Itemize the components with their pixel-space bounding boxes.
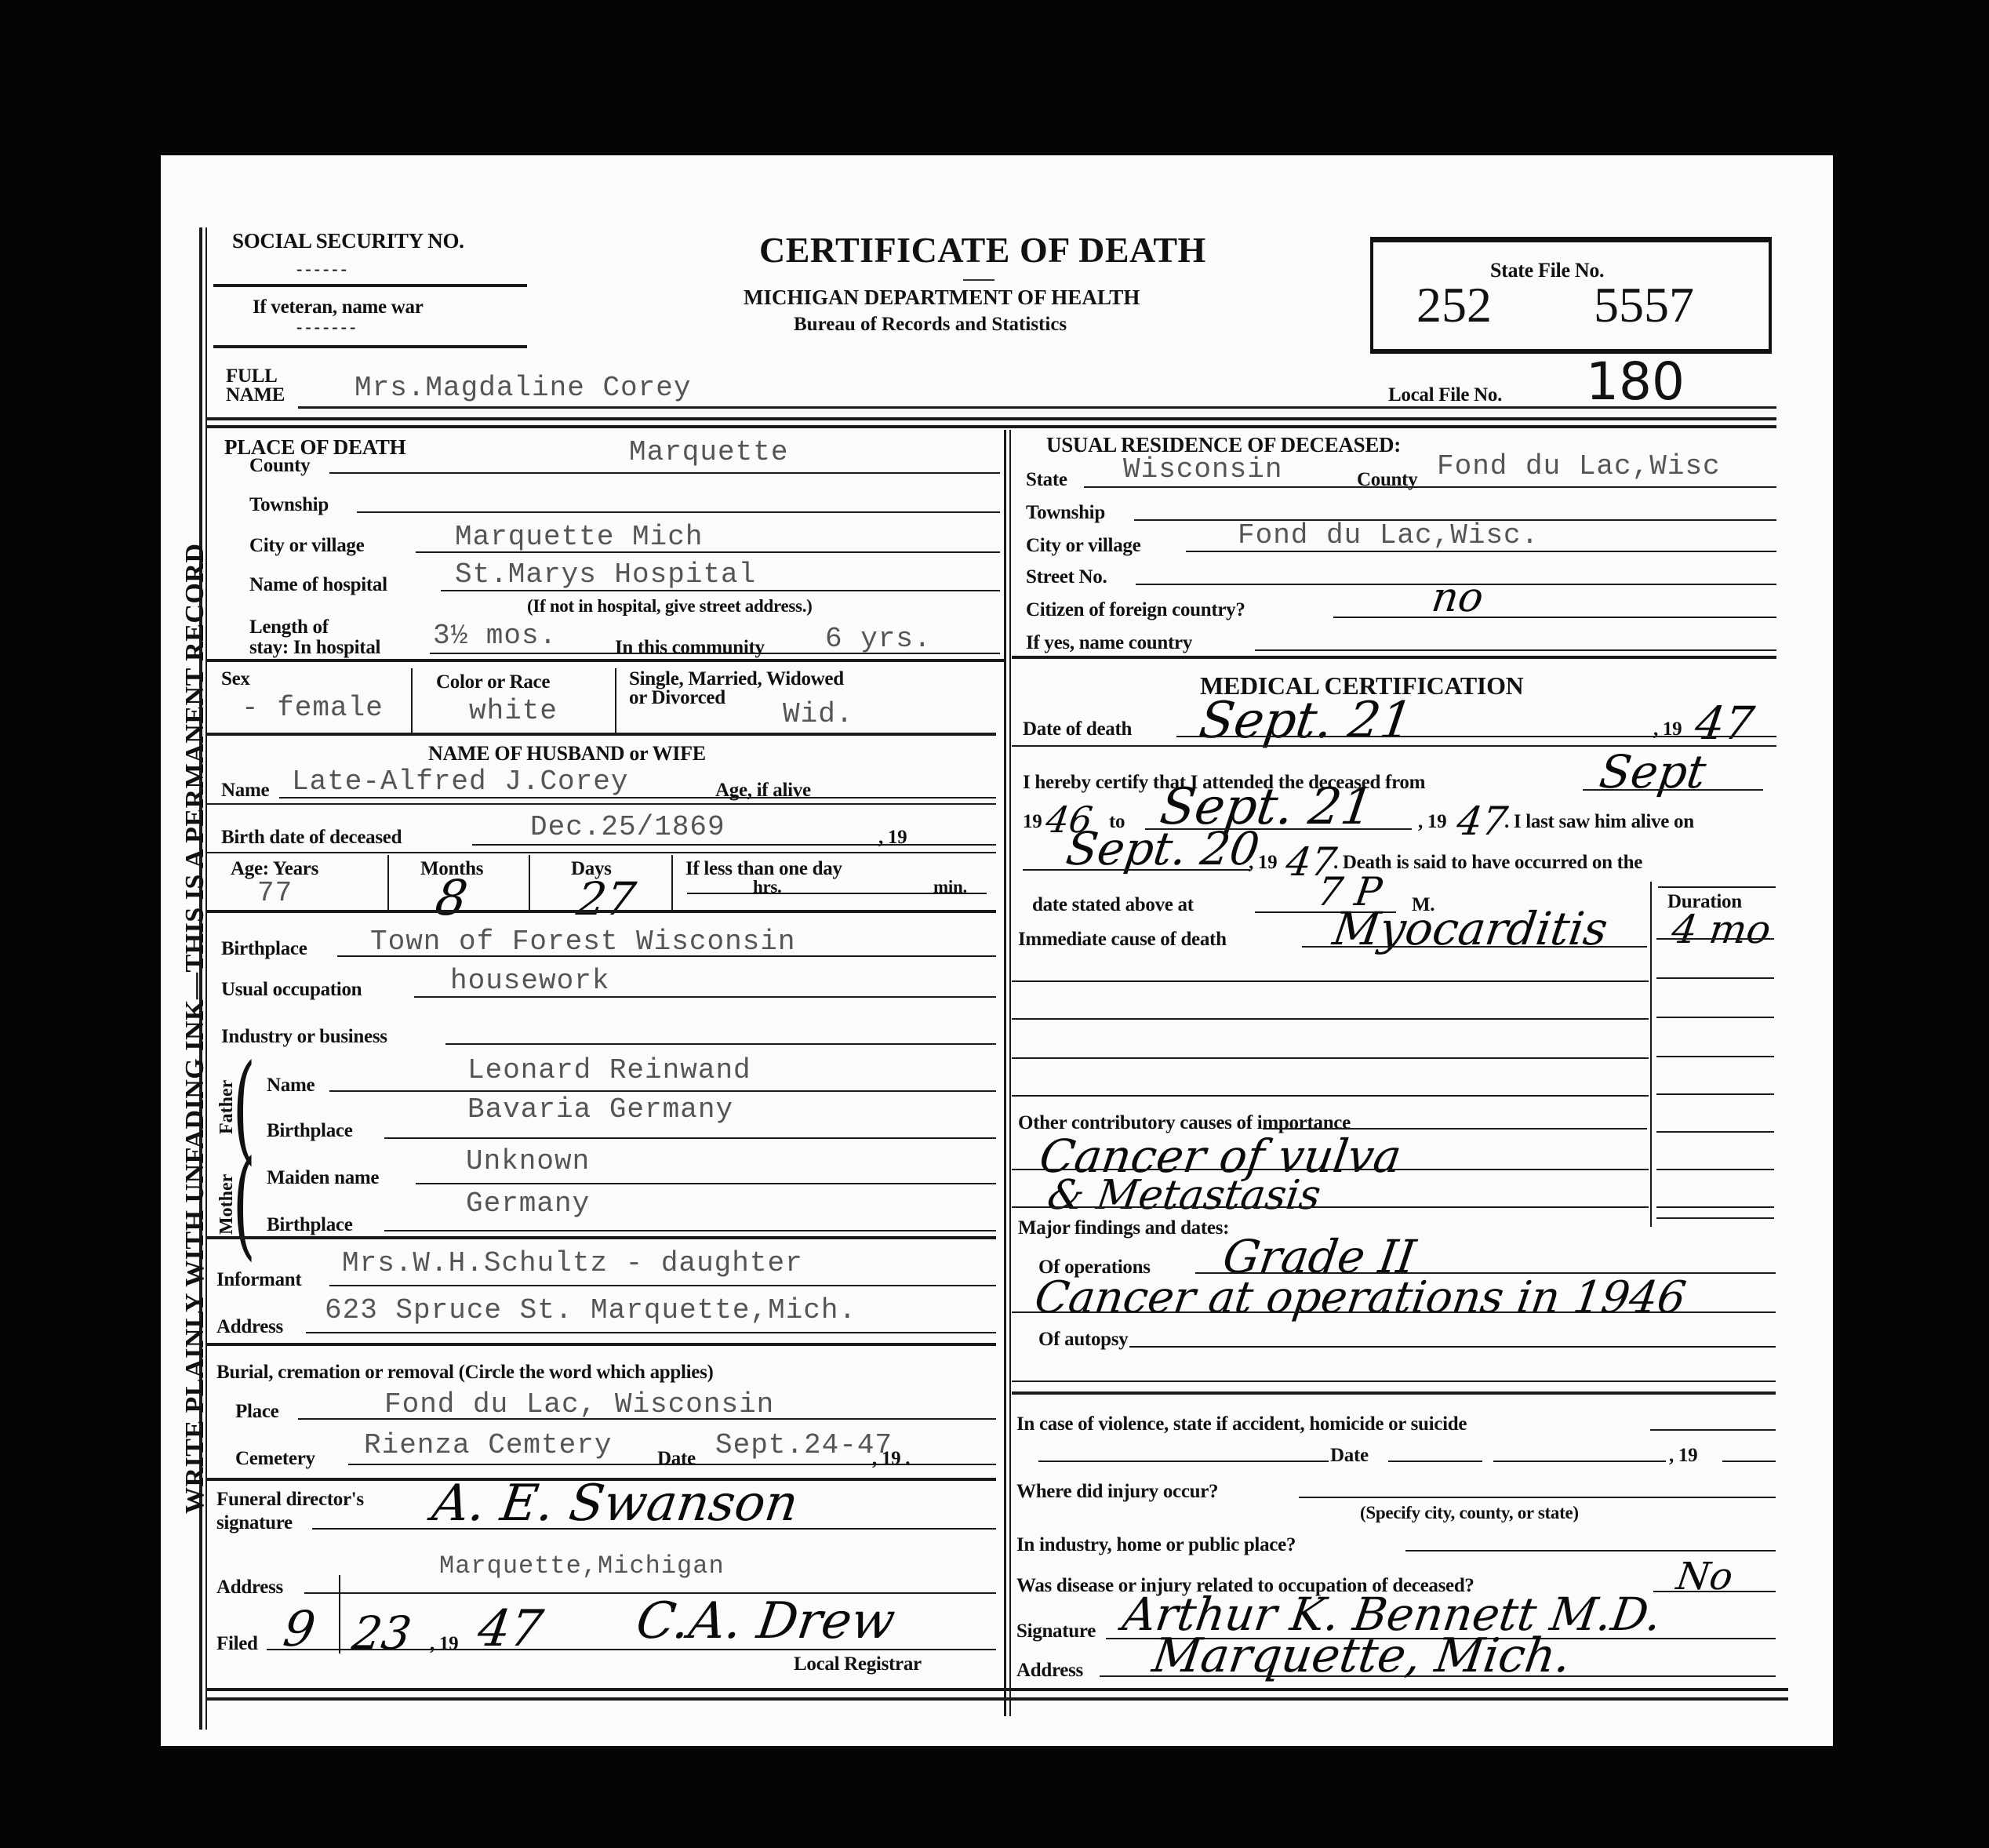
state-file-number: 5557 <box>1594 276 1694 334</box>
race-divider <box>615 668 616 733</box>
res-country-line <box>1255 649 1776 651</box>
res-city-line <box>1186 551 1776 552</box>
violence-date-line-1 <box>1038 1461 1329 1462</box>
cause-blank-line-3 <box>1012 1057 1649 1059</box>
occupation-value: housework <box>450 965 609 997</box>
violence-year-label: , 19 <box>1669 1445 1697 1467</box>
pod-township-label: Township <box>249 494 329 516</box>
pod-community-label: In this community <box>615 637 765 659</box>
filed-line <box>267 1649 996 1650</box>
cemetery-value: Rienza Cemtery <box>364 1429 612 1461</box>
autopsy-line-2 <box>1012 1381 1776 1382</box>
duration-line-1 <box>1656 938 1774 940</box>
spouse-name-label: Name <box>221 780 269 802</box>
side-instruction-text: WRITE PLAINLY WITH UNFADING INK—THIS IS … <box>180 544 210 1514</box>
death-date-year: 47 <box>1692 697 1757 750</box>
age-divider-2 <box>529 855 530 911</box>
res-citizen-value: no <box>1429 574 1486 621</box>
last-saw-line <box>1023 869 1250 871</box>
duration-line-7 <box>1656 1169 1774 1170</box>
title-rule <box>963 279 994 281</box>
burial-date-suffix: , 19 . <box>872 1448 910 1470</box>
res-city-label: City or village <box>1026 535 1140 557</box>
birthplace-line <box>337 955 996 957</box>
informant-value: Mrs.W.H.Schultz - daughter <box>342 1247 803 1279</box>
birth-date-value: Dec.25/1869 <box>530 811 725 843</box>
pod-hospital-label: Name of hospital <box>249 574 387 596</box>
spouse-name-line <box>279 797 996 798</box>
pod-city-line <box>416 551 1000 553</box>
director-address-value: Marquette,Michigan <box>439 1552 725 1581</box>
cemetery-label: Cemetery <box>235 1448 315 1470</box>
birth-date-label: Birth date of deceased <box>221 827 402 849</box>
attended-to-year: 47 <box>1454 798 1511 844</box>
death-date-line <box>1176 736 1776 737</box>
filed-divider <box>339 1575 340 1653</box>
full-name-underline <box>298 406 1776 409</box>
findings-label: Major findings and dates: <box>1018 1217 1229 1239</box>
cemetery-line <box>348 1464 996 1465</box>
sex-row-line <box>205 733 996 736</box>
violence-date-line-2 <box>1388 1461 1482 1462</box>
mother-birthplace-line <box>384 1230 996 1231</box>
state-file-label: State File No. <box>1490 259 1604 282</box>
autopsy-label: Of autopsy <box>1038 1329 1128 1351</box>
center-divider-inner <box>1009 430 1011 1716</box>
father-birthplace-value: Bavaria Germany <box>467 1093 733 1126</box>
duration-line-2 <box>1656 977 1774 979</box>
birthplace-value: Town of Forest Wisconsin <box>370 926 795 958</box>
pod-city-value: Marquette Mich <box>455 521 703 553</box>
cause-blank-line-1 <box>1012 980 1649 982</box>
duration-line-3 <box>1656 1017 1774 1018</box>
father-name-value: Leonard Reinwand <box>467 1054 751 1086</box>
department-name: MICHIGAN DEPARTMENT OF HEALTH <box>744 286 1140 310</box>
filed-day: 23 <box>349 1606 414 1660</box>
pod-stay-line <box>430 653 1000 654</box>
res-street-label: Street No. <box>1026 566 1107 588</box>
autopsy-line <box>1129 1346 1776 1348</box>
spouse-heading: NAME OF HUSBAND or WIFE <box>428 742 706 766</box>
informant-address-label: Address <box>216 1316 283 1338</box>
burial-place-label: Place <box>235 1401 278 1423</box>
duration-line-6 <box>1656 1131 1774 1133</box>
res-citizen-label: Citizen of foreign country? <box>1026 599 1245 621</box>
race-label: Color or Race <box>436 671 550 693</box>
full-name-value: Mrs.Magdaline Corey <box>355 372 691 404</box>
pod-stay-label-1: Length of <box>249 617 329 638</box>
violence-date-line-3 <box>1493 1461 1666 1462</box>
time-label: date stated above at <box>1032 894 1194 916</box>
signature-label: Signature <box>1016 1621 1096 1642</box>
father-name-line <box>329 1090 996 1092</box>
birth-section-line <box>205 852 996 853</box>
death-date-value: Sept. 21 <box>1196 692 1416 750</box>
duration-line-8 <box>1656 1206 1774 1208</box>
death-date-label: Date of death <box>1023 718 1132 740</box>
duration-line-4 <box>1656 1056 1774 1057</box>
occupation-label: Usual occupation <box>221 979 362 1001</box>
physician-address-line <box>1100 1675 1776 1677</box>
res-citizen-line <box>1333 617 1776 618</box>
sex-label: Sex <box>221 668 250 690</box>
sex-divider <box>411 668 413 733</box>
age-divider-1 <box>387 855 389 911</box>
duration-line-5 <box>1656 1093 1774 1095</box>
burial-place-value: Fond du Lac, Wisconsin <box>384 1388 774 1421</box>
age-section-line <box>205 910 996 913</box>
ssn-label: SOCIAL SECURITY NO. <box>232 229 464 253</box>
violence-line <box>1650 1429 1776 1431</box>
pod-hospital-note: (If not in hospital, give street address… <box>527 596 813 617</box>
occupation-related-line <box>1653 1591 1776 1592</box>
registrar-label: Local Registrar <box>794 1653 922 1675</box>
hrs-label: hrs. <box>753 877 782 897</box>
contributory-line-2 <box>1012 1169 1649 1170</box>
cause-blank-line-2 <box>1012 1018 1649 1020</box>
pod-county-line <box>329 472 1000 474</box>
father-birthplace-label: Birthplace <box>267 1120 353 1142</box>
cause-line <box>1302 946 1647 948</box>
min-label: min. <box>933 877 967 897</box>
where-line <box>1299 1497 1776 1498</box>
pod-city-label: City or village <box>249 535 364 557</box>
operations-line2: Cancer at operations in 1946 <box>1031 1272 1689 1323</box>
name-double-line-1 <box>205 417 1776 420</box>
birth-date-line <box>472 844 996 846</box>
mother-brace: ( <box>233 1145 256 1263</box>
duration-line-9 <box>1656 1217 1774 1219</box>
res-state-line <box>1084 486 1776 488</box>
local-file-label: Local File No. <box>1388 384 1502 406</box>
where-note: (Specify city, county, or state) <box>1360 1503 1579 1523</box>
filed-year-prefix: , 19 <box>430 1633 458 1655</box>
pod-hospital-line <box>441 590 1000 591</box>
spouse-name-value: Late-Alfred J.Corey <box>292 766 628 798</box>
pod-hospital-value: St.Marys Hospital <box>455 558 756 591</box>
race-value: white <box>469 695 558 727</box>
violence-top-line <box>1012 1391 1776 1395</box>
res-state-value: Wisconsin <box>1123 453 1282 486</box>
pod-stay-hospital: 3½ mos. <box>433 620 557 652</box>
mother-birthplace-label: Birthplace <box>267 1214 353 1236</box>
bottom-double-line-2 <box>205 1697 1788 1701</box>
pod-county-value: Marquette <box>629 436 788 468</box>
informant-label: Informant <box>216 1269 301 1291</box>
informant-section-line <box>205 1343 996 1346</box>
occupation-line <box>414 996 996 998</box>
informant-line <box>329 1285 996 1286</box>
center-divider <box>1004 430 1006 1716</box>
violence-label: In case of violence, state if accident, … <box>1016 1413 1467 1435</box>
name-double-line-2 <box>205 425 1776 428</box>
cause-blank-line-4 <box>1012 1095 1649 1097</box>
duration-divider <box>1650 882 1652 1227</box>
informant-address-value: 623 Spruce St. Marquette,Mich. <box>325 1294 856 1326</box>
violence-date-label: Date <box>1330 1445 1369 1467</box>
res-township-label: Township <box>1026 502 1105 524</box>
ssn-underline <box>213 284 527 287</box>
spouse-section-line <box>205 803 996 805</box>
hrs-line <box>687 893 987 894</box>
mother-birthplace-value: Germany <box>466 1188 590 1220</box>
contributory-line-3 <box>1012 1206 1649 1208</box>
res-city-value: Fond du Lac,Wisc. <box>1238 519 1539 551</box>
attended-from-year-prefix: 19 <box>1023 811 1042 833</box>
ssn-value: ------ <box>296 259 350 279</box>
res-state-label: State <box>1026 469 1067 491</box>
pod-stay-community: 6 yrs. <box>825 623 932 655</box>
violence-date-line-4 <box>1722 1461 1776 1462</box>
filed-label: Filed <box>216 1633 258 1655</box>
veteran-value: ------- <box>296 317 358 337</box>
pod-township-line <box>357 511 1000 513</box>
sex-value: - female <box>242 692 384 724</box>
age-divider-3 <box>671 855 673 911</box>
mother-maiden-label: Maiden name <box>267 1167 379 1189</box>
contributory-line2: & Metastasis <box>1045 1172 1324 1219</box>
cause-label: Immediate cause of death <box>1018 929 1227 951</box>
director-line <box>312 1528 996 1530</box>
parents-section-line <box>205 1236 996 1239</box>
burial-date-value: Sept.24-47 <box>715 1429 893 1461</box>
burial-heading: Burial, cremation or removal (Circle the… <box>216 1362 714 1384</box>
res-section-line <box>1012 656 1776 659</box>
pod-stay-label-2: stay: In hospital <box>249 637 380 659</box>
state-file-prefix: 252 <box>1416 276 1492 334</box>
operations-line-2 <box>1012 1311 1776 1313</box>
birthplace-label: Birthplace <box>221 938 307 960</box>
place-type-line <box>1405 1550 1776 1552</box>
duration-top-line <box>1658 886 1776 888</box>
father-birthplace-line <box>384 1137 996 1139</box>
burial-date-label: Date <box>657 1448 696 1470</box>
veteran-label: If veteran, name war <box>253 296 424 318</box>
place-type-label: In industry, home or public place? <box>1016 1534 1296 1556</box>
res-country-label: If yes, name country <box>1026 632 1192 654</box>
veteran-underline <box>213 345 527 348</box>
age-days-value: 27 <box>573 872 638 926</box>
mother-maiden-value: Unknown <box>466 1145 590 1177</box>
last-saw-label: . I last saw him alive on <box>1504 811 1694 833</box>
pod-section-line <box>205 659 1004 662</box>
cause-duration: 4 mo <box>1669 907 1773 952</box>
burial-place-line <box>298 1418 996 1420</box>
director-label-2: signature <box>216 1512 293 1534</box>
director-signature: A. E. Swanson <box>429 1475 802 1533</box>
director-label-1: Funeral director's <box>216 1489 364 1511</box>
marital-value: Wid. <box>783 698 853 730</box>
full-name-label-2: NAME <box>226 384 285 406</box>
certificate-title: CERTIFICATE OF DEATH <box>759 229 1206 271</box>
last-saw-year-prefix: , 19 <box>1249 852 1277 874</box>
last-saw-value: Sept. 20 <box>1063 822 1263 875</box>
attended-to-year-prefix: , 19 <box>1418 811 1446 833</box>
physician-address-label: Address <box>1016 1660 1083 1682</box>
attended-from-line <box>1583 789 1763 791</box>
industry-line <box>445 1043 996 1045</box>
father-name-label: Name <box>267 1075 315 1097</box>
local-file-number: 180 <box>1586 351 1685 412</box>
informant-address-line <box>306 1332 996 1333</box>
res-county-value: Fond du Lac,Wisc <box>1437 450 1721 482</box>
where-label: Where did injury occur? <box>1016 1481 1218 1503</box>
bottom-double-line-1 <box>205 1688 1788 1691</box>
bureau-name: Bureau of Records and Statistics <box>794 314 1067 336</box>
marital-label-2: or Divorced <box>629 687 725 709</box>
pod-county-label: County <box>249 455 310 477</box>
director-address-label: Address <box>216 1577 283 1599</box>
mother-maiden-line <box>416 1183 996 1184</box>
registrar-signature: C.A. Drew <box>633 1592 899 1650</box>
age-years-value: 77 <box>257 877 293 909</box>
